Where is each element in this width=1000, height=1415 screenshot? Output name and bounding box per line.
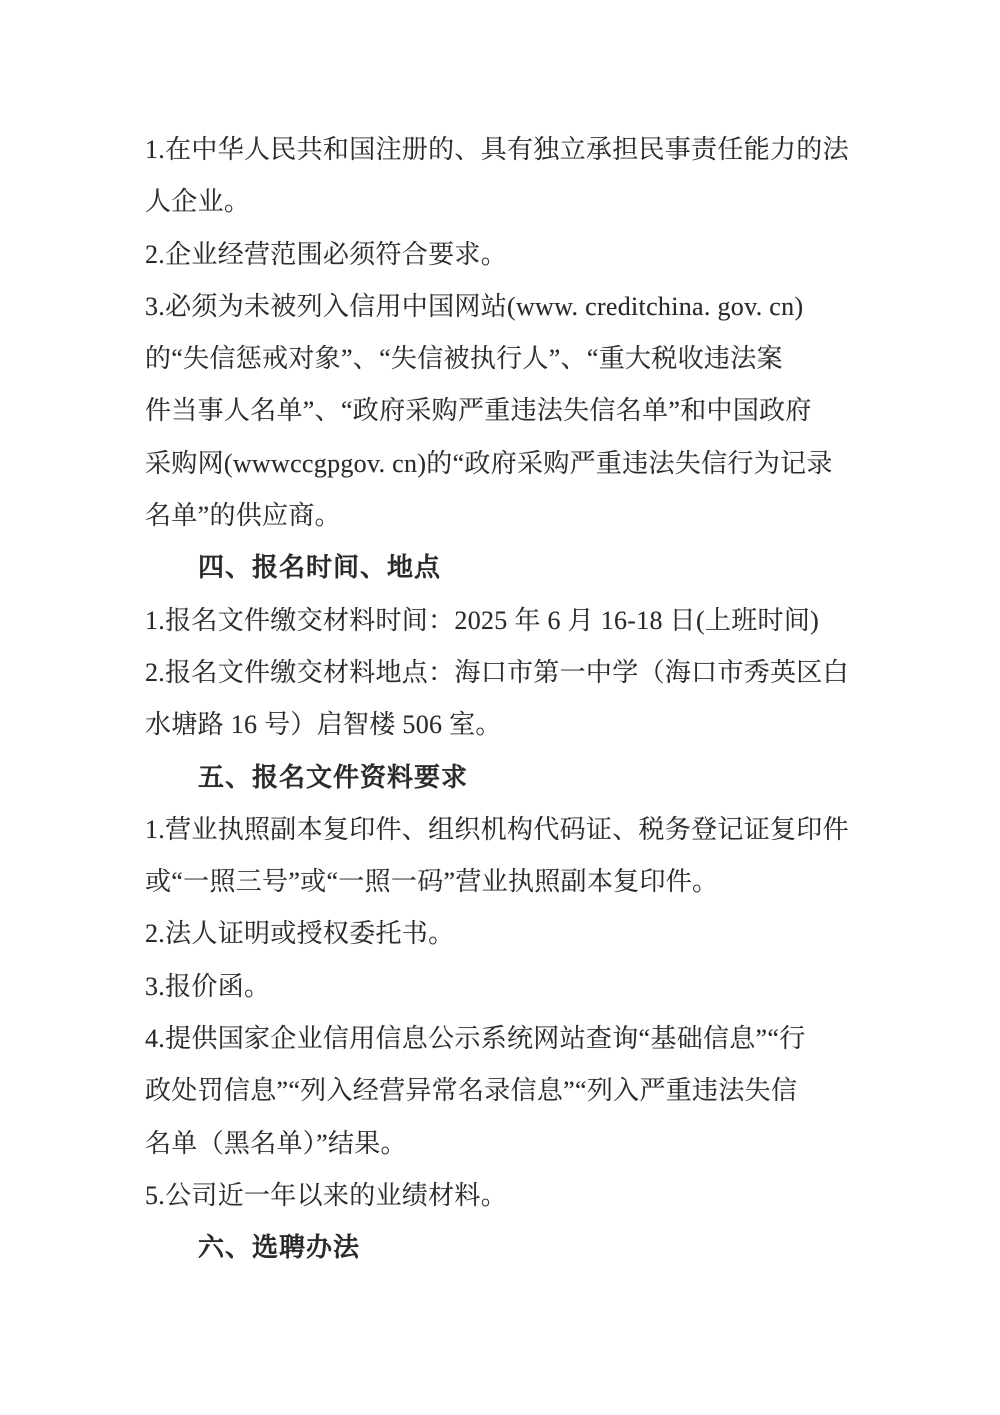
text-line: 1.营业执照副本复印件、组织机构代码证、税务登记证复印件 [145,804,955,856]
text-line: 的“失信惩戒对象”、“失信被执行人”、“重大税收违法案 [145,333,955,385]
section-heading: 五、报名文件资料要求 [145,752,955,804]
document-text-block: 1.在中华人民共和国注册的、具有独立承担民事责任能力的法人企业。2.企业经营范围… [145,124,955,1275]
text-line: 件当事人名单”、“政府采购严重违法失信名单”和中国政府 [145,385,955,437]
text-line: 采购网(wwwccgpgov. cn)的“政府采购严重违法失信行为记录 [145,438,955,490]
text-line: 人企业。 [145,176,955,228]
text-line: 4.提供国家企业信用信息公示系统网站查询“基础信息”“行 [145,1013,955,1065]
text-line: 或“一照三号”或“一照一码”营业执照副本复印件。 [145,856,955,908]
section-heading: 六、选聘办法 [145,1222,955,1274]
text-line: 1.在中华人民共和国注册的、具有独立承担民事责任能力的法 [145,124,955,176]
text-line: 2.法人证明或授权委托书。 [145,908,955,960]
text-line: 政处罚信息”“列入经营异常名录信息”“列入严重违法失信 [145,1065,955,1117]
text-line: 1.报名文件缴交材料时间：2025 年 6 月 16-18 日(上班时间) [145,595,955,647]
text-line: 水塘路 16 号）启智楼 506 室。 [145,699,955,751]
text-line: 2.企业经营范围必须符合要求。 [145,229,955,281]
section-heading: 四、报名时间、地点 [145,542,955,594]
text-line: 3.必须为未被列入信用中国网站(www. creditchina. gov. c… [145,281,955,333]
text-line: 3.报价函。 [145,961,955,1013]
document-page: 1.在中华人民共和国注册的、具有独立承担民事责任能力的法人企业。2.企业经营范围… [0,0,1000,1415]
text-line: 名单（黑名单）”结果。 [145,1118,955,1170]
text-line: 2.报名文件缴交材料地点：海口市第一中学（海口市秀英区白 [145,647,955,699]
text-line: 5.公司近一年以来的业绩材料。 [145,1170,955,1222]
text-line: 名单”的供应商。 [145,490,955,542]
